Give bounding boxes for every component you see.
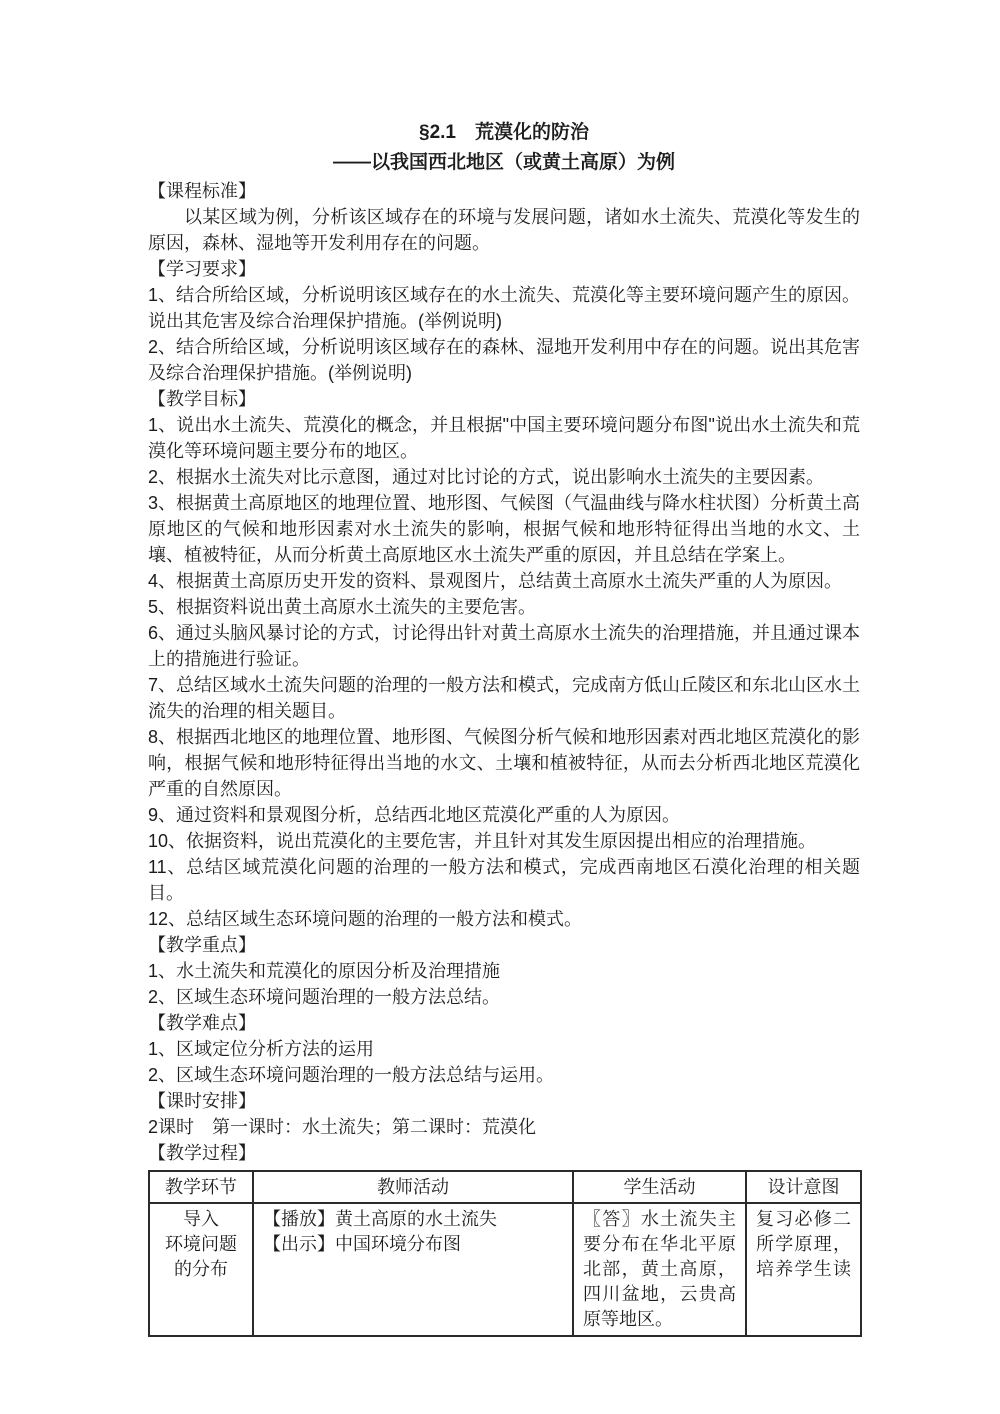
objective-8: 8、根据西北地区的地理位置、地形图、气候图分析气候和地形因素对西北地区荒漠化的影… (148, 724, 860, 802)
objective-11: 11、总结区域荒漠化问题的治理的一般方法和模式，完成西南地区石漠化治理的相关题目… (148, 854, 860, 906)
doc-title: §2.1 荒漠化的防治 (148, 118, 860, 148)
heading-teaching-process: 【教学过程】 (148, 1140, 860, 1166)
cell-teacher-activity: 【播放】黄土高原的水土流失 【出示】中国环境分布图 (253, 1203, 573, 1336)
heading-lesson-schedule: 【课时安排】 (148, 1088, 860, 1114)
heading-teaching-difficulties: 【教学难点】 (148, 1010, 860, 1036)
heading-learning-requirements: 【学习要求】 (148, 256, 860, 282)
objective-6: 6、通过头脑风暴讨论的方式，讨论得出针对黄土高原水土流失的治理措施，并且通过课本… (148, 620, 860, 672)
objective-7: 7、总结区域水土流失问题的治理的一般方法和模式，完成南方低山丘陵区和东北山区水土… (148, 672, 860, 724)
table-row: 导入 环境问题的分布 【播放】黄土高原的水土流失 【出示】中国环境分布图 〖答〗… (149, 1203, 861, 1336)
col-header-design-intent: 设计意图 (746, 1171, 861, 1203)
focus-item-1: 1、水土流失和荒漠化的原因分析及治理措施 (148, 958, 860, 984)
heading-teaching-objectives: 【教学目标】 (148, 386, 860, 412)
col-header-stage: 教学环节 (149, 1171, 253, 1203)
objective-9: 9、通过资料和景观图分析，总结西北地区荒漠化严重的人为原因。 (148, 802, 860, 828)
objective-10: 10、依据资料，说出荒漠化的主要危害，并且针对其发生原因提出相应的治理措施。 (148, 828, 860, 854)
col-header-teacher-activity: 教师活动 (253, 1171, 573, 1203)
difficulty-item-2: 2、区域生态环境问题治理的一般方法总结与运用。 (148, 1062, 860, 1088)
table-header-row: 教学环节 教师活动 学生活动 设计意图 (149, 1171, 861, 1203)
objective-3: 3、根据黄土高原地区的地理位置、地形图、气候图（气温曲线与降水柱状图）分析黄土高… (148, 490, 860, 568)
learning-req-item-2: 2、结合所给区域，分析说明该区域存在的森林、湿地开发利用中存在的问题。说出其危害… (148, 334, 860, 386)
objective-4: 4、根据黄土高原历史开发的资料、景观图片，总结黄土高原水土流失严重的人为原因。 (148, 568, 860, 594)
objective-1: 1、说出水土流失、荒漠化的概念，并且根据"中国主要环境问题分布图"说出水土流失和… (148, 412, 860, 464)
doc-subtitle: ——以我国西北地区（或黄土高原）为例 (148, 148, 860, 178)
cell-student-activity: 〖答〗水土流失主要分布在华北平原北部，黄土高原，四川盆地，云贵高原等地区。 (573, 1203, 746, 1336)
para-course-standard: 以某区域为例，分析该区域存在的环境与发展问题，诸如水土流失、荒漠化等发生的原因，… (148, 204, 860, 256)
lesson-schedule-text: 2课时 第一课时：水土流失；第二课时：荒漠化 (148, 1114, 860, 1140)
cell-design-intent: 复习必修二所学原理，培养学生读 (746, 1203, 861, 1336)
difficulty-item-1: 1、区域定位分析方法的运用 (148, 1036, 860, 1062)
document-content: §2.1 荒漠化的防治 ——以我国西北地区（或黄土高原）为例 【课程标准】 以某… (148, 118, 860, 1337)
col-header-student-activity: 学生活动 (573, 1171, 746, 1203)
document-page: §2.1 荒漠化的防治 ——以我国西北地区（或黄土高原）为例 【课程标准】 以某… (0, 0, 1000, 1414)
heading-teaching-focus: 【教学重点】 (148, 932, 860, 958)
teaching-process-table: 教学环节 教师活动 学生活动 设计意图 导入 环境问题的分布 【播放】黄土高原的… (148, 1170, 862, 1337)
cell-stage: 导入 环境问题的分布 (149, 1203, 253, 1336)
objective-12: 12、总结区域生态环境问题的治理的一般方法和模式。 (148, 906, 860, 932)
heading-course-standard: 【课程标准】 (148, 178, 860, 204)
objective-2: 2、根据水土流失对比示意图，通过对比讨论的方式，说出影响水土流失的主要因素。 (148, 464, 860, 490)
focus-item-2: 2、区域生态环境问题治理的一般方法总结。 (148, 984, 860, 1010)
learning-req-item-1: 1、结合所给区域，分析说明该区域存在的水土流失、荒漠化等主要环境问题产生的原因。… (148, 282, 860, 334)
objective-5: 5、根据资料说出黄土高原水土流失的主要危害。 (148, 594, 860, 620)
